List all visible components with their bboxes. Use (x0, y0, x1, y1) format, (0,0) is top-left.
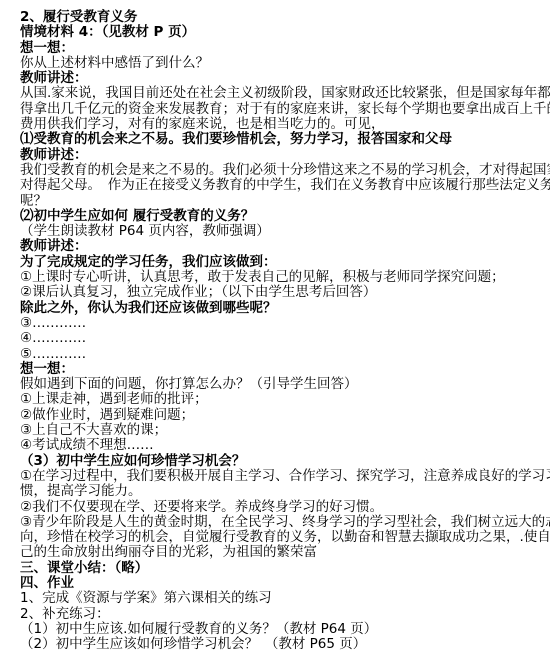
text-line: （学生朗读教材 P64 页内容，教师强调） (20, 224, 542, 239)
text-line: ②我们不仅要现在学、还要将来学。养成终身学习的好习惯。 (20, 500, 542, 515)
text-line: 1、完成《资源与学案》第六课相关的练习 (20, 591, 542, 606)
document-body: 2、履行受教育义务情境材料 4：（见教材 P 页）想一想：你从上述材料中感悟了到… (0, 0, 550, 652)
text-line: 我们受教育的机会是来之不易的。我们必须十分珍惜这来之不易的学习机会，才对得起国家… (20, 163, 542, 178)
heading-line: 四、作业 (20, 576, 542, 591)
heading-line: ⑵初中学生应如何 履行受教育的义务？ (20, 209, 542, 224)
heading-line: 想一想： (20, 362, 542, 377)
text-line: ③青少年阶段是人生的黄金时期，在全民学习、终身学习的学习型社会，我们树立远大的志 (20, 515, 542, 530)
heading-line: 情境材料 4：（见教材 P 页） (20, 25, 542, 40)
text-line: 2、补充练习： (20, 607, 542, 622)
text-line: 呢？ (20, 194, 542, 209)
text-line: 己的生命放射出绚丽夺目的光彩，为祖国的繁荣富 (20, 545, 542, 560)
heading-line: 三、课堂小结：（略） (20, 561, 542, 576)
heading-line: （3）初中学生应如何珍惜学习机会？ (20, 454, 542, 469)
text-line: ④考试成绩不理想…… (20, 438, 542, 453)
text-line: ④………… (20, 331, 542, 346)
heading-line: 2、履行受教育义务 (20, 10, 542, 25)
text-line: 得拿出几千亿元的资金来发展教育；对于有的家庭来讲，家长每个学期也要拿出成百上千的 (20, 102, 542, 117)
text-line: ①上课走神，遇到老师的批评； (20, 392, 542, 407)
text-line: ⑤………… (20, 347, 542, 362)
heading-line: 教师讲述： (20, 239, 542, 254)
text-line: 从国.家来说，我国目前还处在社会主义初级阶段，国家财政还比较紧张，但是国家每年都 (20, 86, 542, 101)
text-line: ②做作业时，遇到疑难问题； (20, 408, 542, 423)
text-line: 惯，提高学习能力。 (20, 484, 542, 499)
heading-line: 为了完成规定的学习任务，我们应该做到： (20, 255, 542, 270)
text-line: 对得起父母。 作为正在接受义务教育的中学生，我们在义务教育中应该履行那些法定义务 (20, 178, 542, 193)
text-line: （1）初中生应该.如何履行受教育的义务？（教材 P64 页） (20, 622, 542, 637)
text-line: 你从上述材料中感悟了到什么？ (20, 56, 542, 71)
document-page: 2、履行受教育义务情境材料 4：（见教材 P 页）想一想：你从上述材料中感悟了到… (0, 0, 550, 671)
heading-line: 除此之外，你认为我们还应该做到哪些呢？ (20, 301, 542, 316)
text-line: ①在学习过程中，我们要积极开展自主学习、合作学习、探究学习，注意养成良好的学习习 (20, 469, 542, 484)
text-line: ③………… (20, 316, 542, 331)
text-line: （2）初中学生应该如何珍惜学习机会？ （教材 P65 页） (20, 637, 542, 652)
heading-line: ⑴受教育的机会来之不易。我们要珍惜机会，努力学习，报答国家和父母 (20, 132, 542, 147)
heading-line: 教师讲述： (20, 148, 542, 163)
text-line: ②课后认真复习，独立完成作业；（以下由学生思考后回答） (20, 285, 542, 300)
heading-line: 想一想： (20, 41, 542, 56)
